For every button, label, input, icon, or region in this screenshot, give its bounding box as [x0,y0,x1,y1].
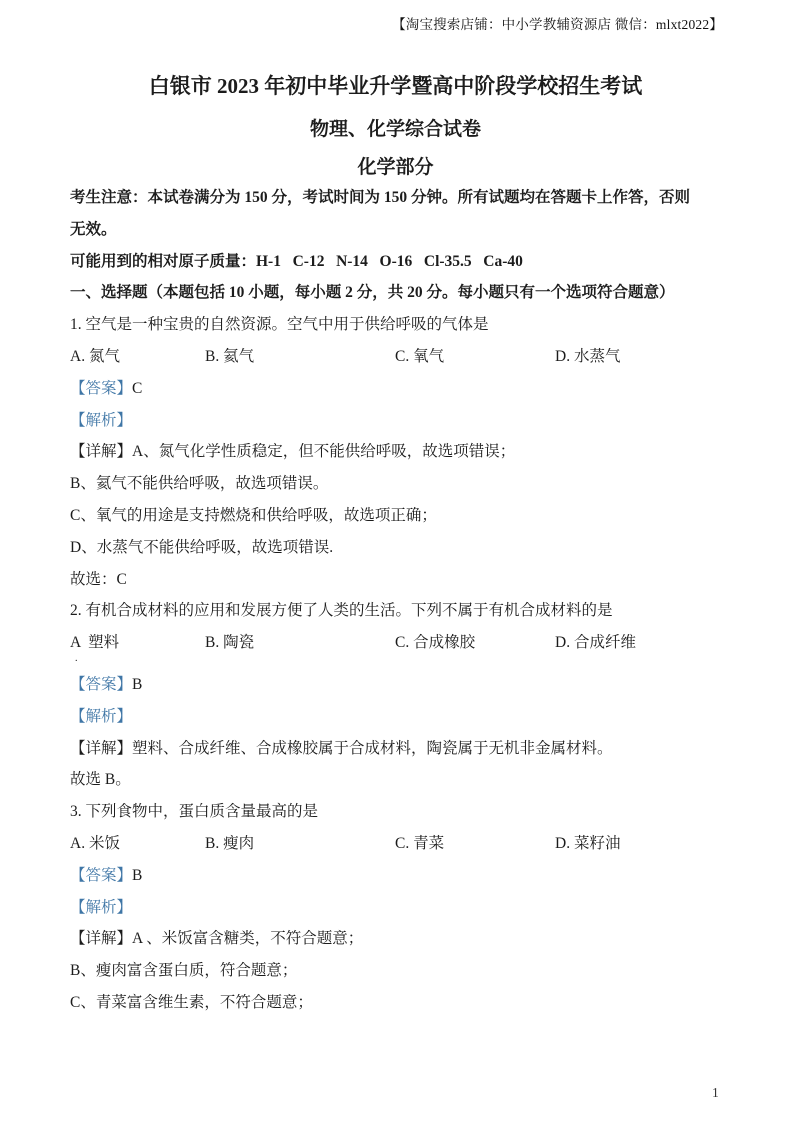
page-number: 1 [712,1085,719,1101]
question-1-option-b: B. 氦气 [205,341,395,373]
answer-label: 【答案】 [70,867,132,884]
question-1-answer-line: 【答案】C [70,373,721,405]
spacer [70,659,721,669]
question-2-option-a: A 塑料 [70,627,205,659]
question-1-stem: 1. 空气是一种宝贵的自然资源。空气中用于供给呼吸的气体是 [70,309,721,341]
doc-part-title: 化学部分 [70,156,721,180]
question-3-stem: 3. 下列食物中，蛋白质含量最高的是 [70,796,721,828]
section-header: 一、选择题（本题包括 10 小题，每小题 2 分，共 20 分。每小题只有一个选… [70,277,721,309]
question-2-answer-value: B [132,676,142,693]
answer-label: 【答案】 [70,676,132,693]
question-3-option-c: C. 青菜 [395,828,555,860]
exam-document-page: 【淘宝搜索店铺：中小学教辅资源店 微信：mlxt2022】 白银市 2023 年… [0,0,793,1122]
question-3-detail-2: B、瘦肉富含蛋白质，符合题意； [70,955,721,987]
header-note: 【淘宝搜索店铺：中小学教辅资源店 微信：mlxt2022】 [392,13,723,33]
question-3-options-row: A. 米饭 B. 瘦肉 C. 青菜 D. 菜籽油 [70,828,721,860]
question-2-option-b: B. 陶瓷 [205,627,395,659]
doc-subtitle: 物理、化学综合试卷 [70,118,721,142]
answer-label: 【答案】 [70,380,132,397]
question-2-answer-line: 【答案】B [70,669,721,701]
question-3-option-d: D. 菜籽油 [555,828,721,860]
question-1-option-a: A. 氮气 [70,341,205,373]
question-3-answer-line: 【答案】B [70,860,721,892]
question-2-stem: 2. 有机合成材料的应用和发展方便了人类的生活。下列不属于有机合成材料的是 [70,595,721,627]
question-1-analysis-label: 【解析】 [70,405,721,437]
question-1-option-d: D. 水蒸气 [555,341,721,373]
question-3-detail-3: C、青菜富含维生素，不符合题意； [70,987,721,1019]
question-2-options-row: A 塑料 B. 陶瓷 C. 合成橡胶 D. 合成纤维 . [70,627,721,659]
question-3-option-a: A. 米饭 [70,828,205,860]
doc-title: 白银市 2023 年初中毕业升学暨高中阶段学校招生考试 [70,74,721,98]
document-content: 白银市 2023 年初中毕业升学暨高中阶段学校招生考试 物理、化学综合试卷 化学… [70,34,721,1019]
question-1-option-c: C. 氧气 [395,341,555,373]
question-1-conclusion: 故选：C [70,564,721,596]
question-3-answer-value: B [132,867,142,884]
question-1-answer-value: C [132,380,142,397]
question-1-detail-3: C、氧气的用途是支持燃烧和供给呼吸，故选项正确； [70,500,721,532]
notice-line-1: 考生注意：本试卷满分为 150 分，考试时间为 150 分钟。所有试题均在答题卡… [70,182,721,214]
question-3-option-b: B. 瘦肉 [205,828,395,860]
document-body: 考生注意：本试卷满分为 150 分，考试时间为 150 分钟。所有试题均在答题卡… [70,182,721,1019]
stray-period-mark: . [75,654,78,664]
question-2-analysis-label: 【解析】 [70,701,721,733]
question-2-option-c: C. 合成橡胶 [395,627,555,659]
atomic-masses-line: 可能用到的相对原子质量：H-1 C-12 N-14 O-16 Cl-35.5 C… [70,246,721,278]
question-1-detail-1: 【详解】A、氮气化学性质稳定，但不能供给呼吸，故选项错误； [70,436,721,468]
notice-line-2: 无效。 [70,214,721,246]
question-1-detail-4: D、水蒸气不能供给呼吸，故选项错误. [70,532,721,564]
question-3-detail-1: 【详解】A 、米饭富含糖类，不符合题意； [70,923,721,955]
question-2-detail-1: 【详解】塑料、合成纤维、合成橡胶属于合成材料，陶瓷属于无机非金属材料。 [70,733,721,765]
question-1-options-row: A. 氮气 B. 氦气 C. 氧气 D. 水蒸气 [70,341,721,373]
question-2-conclusion: 故选 B。 [70,764,721,796]
question-3-analysis-label: 【解析】 [70,892,721,924]
question-1-detail-2: B、氦气不能供给呼吸，故选项错误。 [70,468,721,500]
question-2-option-d: D. 合成纤维 [555,627,721,659]
